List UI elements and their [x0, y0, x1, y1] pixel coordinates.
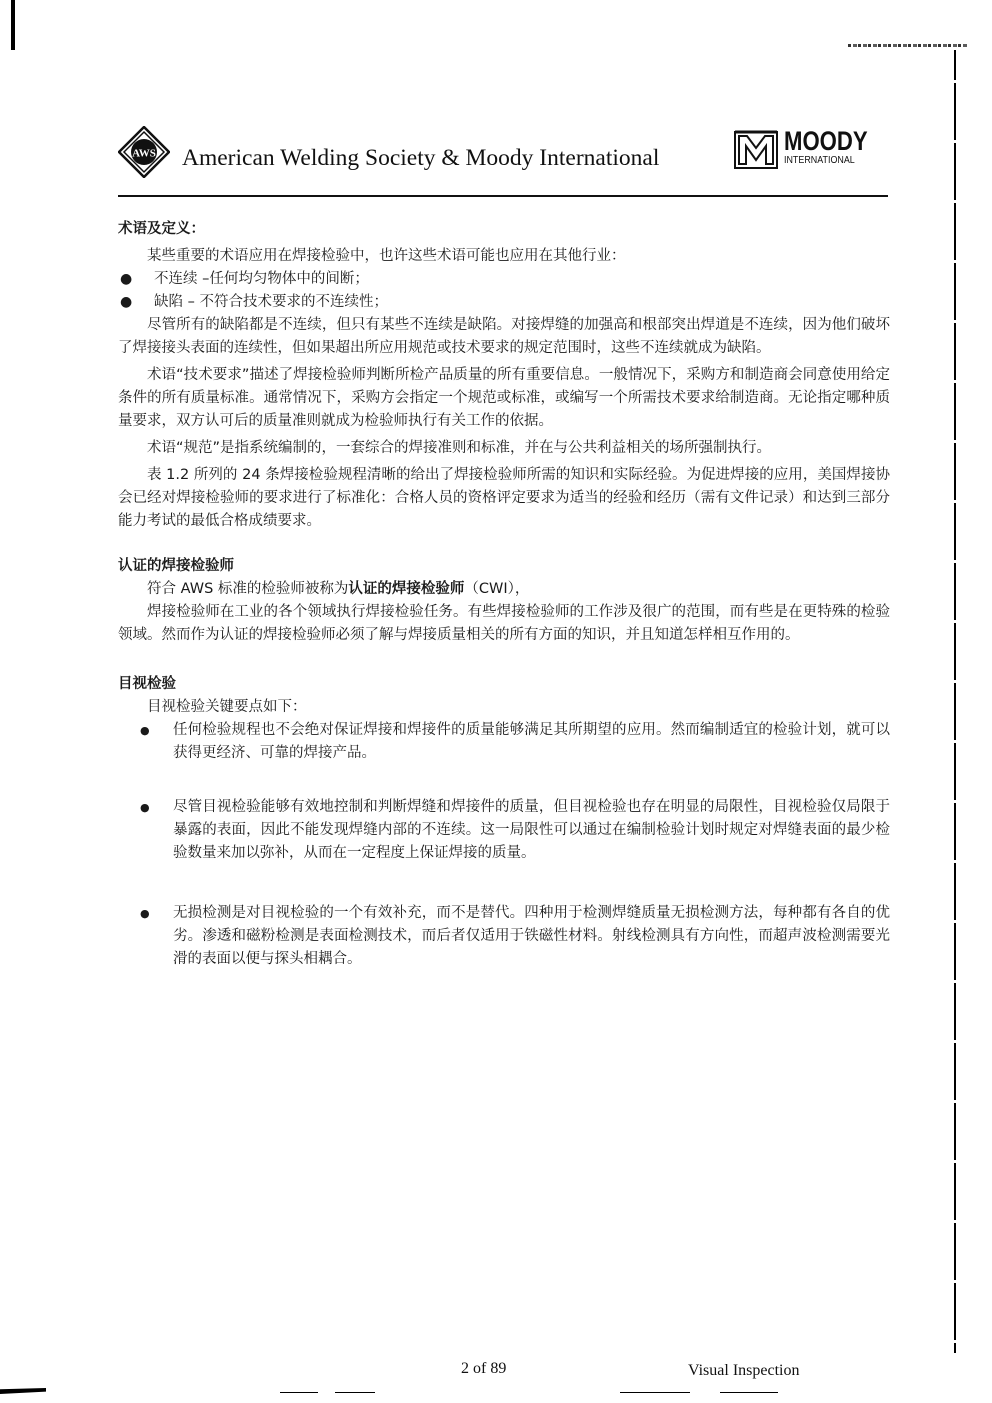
- moody-logo-text: MOODY INTERNATIONAL: [784, 128, 886, 166]
- cwi-term: 认证的焊接检验师: [348, 581, 464, 597]
- scan-artifact-top-right: [848, 44, 968, 47]
- aws-logo-icon: AWS: [118, 126, 170, 178]
- list-item: ● 缺陷 – 不符合技术要求的不连续性；: [118, 291, 890, 314]
- header-title: American Welding Society & Moody Interna…: [182, 145, 659, 172]
- cwi-text: 符合 AWS 标准的检验师被称为: [147, 581, 348, 597]
- section-heading-visual: 目视检验: [118, 673, 890, 696]
- bullet-icon: ●: [140, 902, 150, 925]
- cwi-abbrev: （CWI），: [464, 581, 529, 597]
- scan-artifact-bottom-left: [0, 1388, 46, 1394]
- section-heading-cwi: 认证的焊接检验师: [118, 555, 890, 578]
- paragraph: 符合 AWS 标准的检验师被称为认证的焊接检验师（CWI），: [118, 578, 890, 601]
- scan-artifact-dash: [280, 1392, 318, 1393]
- list-item-text: 尽管目视检验能够有效地控制和判断焊缝和焊接件的质量，但目视检验也存在明显的局限性…: [173, 799, 890, 861]
- scan-artifact-right-edge: [954, 50, 956, 1353]
- list-item-text: 不连续 –任何均匀物体中的间断；: [154, 271, 369, 287]
- list-item-text: 任何检验规程也不会绝对保证焊接和焊接件的质量能够满足其所期望的应用。然而编制适宜…: [173, 722, 890, 761]
- paragraph: 焊接检验师在工业的各个领域执行焊接检验任务。有些焊接检验师的工作涉及很广的范围，…: [118, 601, 890, 647]
- list-item: ● 无损检测是对目视检验的一个有效补充，而不是替代。四种用于检测焊缝质量无损检测…: [118, 902, 890, 971]
- paragraph: 术语“技术要求”描述了焊接检验师判断所检产品质量的所有重要信息。一般情况下，采购…: [118, 364, 890, 433]
- scan-artifact-dash: [620, 1392, 690, 1393]
- terms-intro: 某些重要的术语应用在焊接检验中，也许这些术语可能也应用在其他行业：: [118, 245, 890, 268]
- scan-artifact-dash: [335, 1392, 375, 1393]
- list-item-text: 缺陷 – 不符合技术要求的不连续性；: [154, 294, 388, 310]
- moody-logo-icon: [734, 128, 778, 172]
- scan-artifact-dash: [720, 1392, 778, 1393]
- list-item: ● 不连续 –任何均匀物体中的间断；: [118, 268, 890, 291]
- footer-title: Visual Inspection: [688, 1362, 799, 1380]
- bullet-icon: ●: [140, 796, 150, 819]
- list-item: ● 任何检验规程也不会绝对保证焊接和焊接件的质量能够满足其所期望的应用。然而编制…: [118, 719, 890, 765]
- scan-artifact-left: [11, 0, 15, 50]
- bullet-icon: ●: [120, 291, 132, 314]
- page-number: 2 of 89: [461, 1360, 506, 1378]
- list-item-text: 无损检测是对目视检验的一个有效补充，而不是替代。四种用于检测焊缝质量无损检测方法…: [173, 905, 890, 967]
- visual-intro: 目视检验关键要点如下：: [118, 696, 890, 719]
- paragraph: 表 1.2 所列的 24 条焊接检验规程清晰的给出了焊接检验师所需的知识和实际经…: [118, 464, 890, 533]
- moody-name: MOODY: [784, 128, 868, 154]
- paragraph: 尽管所有的缺陷都是不连续，但只有某些不连续是缺陷。对接焊缝的加强高和根部突出焊道…: [118, 314, 890, 360]
- document-body: 术语及定义： 某些重要的术语应用在焊接检验中，也许这些术语可能也应用在其他行业：…: [118, 218, 890, 971]
- section-heading-terms: 术语及定义：: [118, 218, 890, 241]
- list-item: ● 尽管目视检验能够有效地控制和判断焊缝和焊接件的质量，但目视检验也存在明显的局…: [118, 796, 890, 865]
- page-header: AWS American Welding Society & Moody Int…: [112, 122, 892, 182]
- paragraph: 术语“规范”是指系统编制的，一套综合的焊接准则和标准，并在与公共利益相关的场所强…: [118, 437, 890, 460]
- bullet-icon: ●: [120, 268, 132, 291]
- bullet-icon: ●: [140, 719, 150, 742]
- moody-subtitle: INTERNATIONAL: [784, 154, 871, 166]
- svg-text:AWS: AWS: [132, 148, 156, 160]
- header-divider: [118, 195, 888, 197]
